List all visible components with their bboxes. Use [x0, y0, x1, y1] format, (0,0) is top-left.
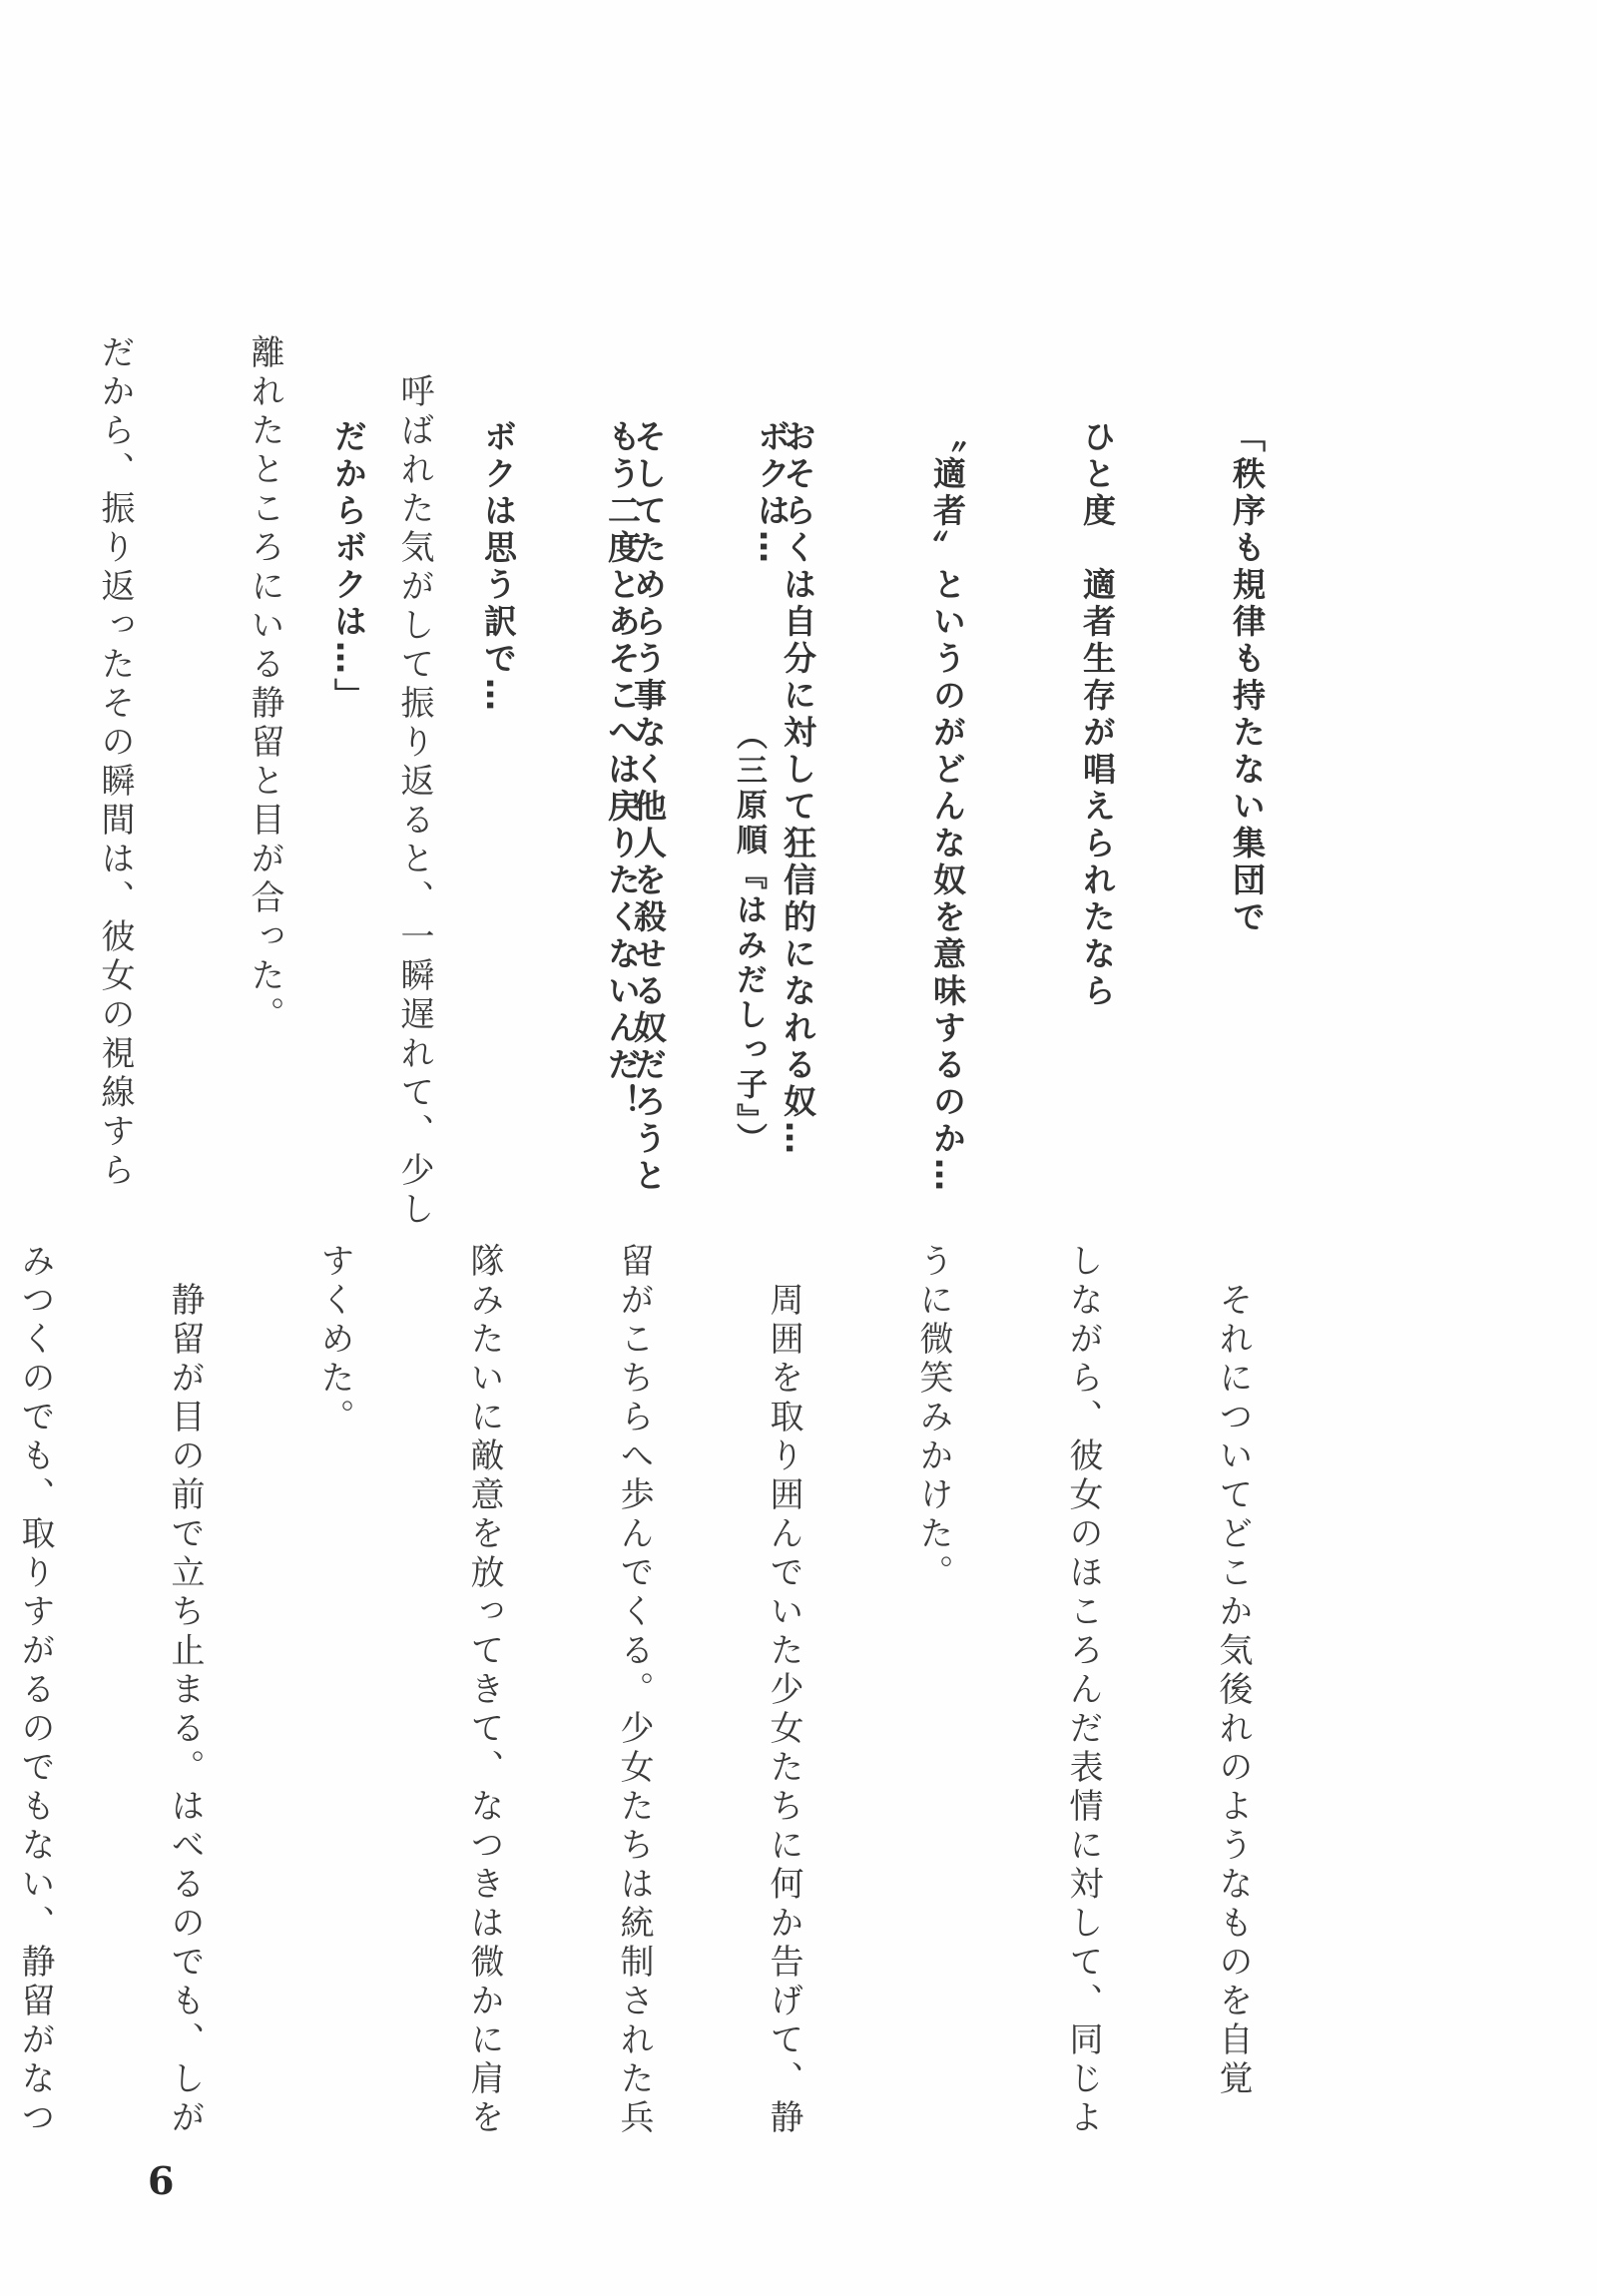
prose-line: 隊みたいに敵意を放ってきて、なつきは微かに肩を: [459, 1243, 509, 2138]
epigraph-line: ひと度 適者生存が唱えられたなら: [1072, 419, 1122, 1195]
prose-lower-block: それについてどこか気後れのようなものを自覚 しながら、彼女のほころんだ表情に対し…: [0, 1243, 1357, 2138]
epigraph-line: 「秩序も規律も持たない集団で: [1222, 419, 1272, 1195]
prose-line: みつくのでも、取りすがるのでもない、静留がなつ: [10, 1243, 60, 2138]
prose-line: うに微笑みかけた。: [908, 1243, 958, 2138]
prose-line: それについてどこか気後れのようなものを自覚: [1208, 1243, 1258, 2138]
book-page: 「秩序も規律も持たない集団で ひと度 適者生存が唱えられたなら 〝適者〟というの…: [0, 0, 1597, 2296]
prose-line: 静留が目の前で立ち止まる。はべるのでも、しが: [160, 1243, 210, 2138]
prose-upper-block: 呼ばれた気がして振り返ると、一瞬遅れて、少し 離れたところにいる静留と目が合った…: [0, 334, 539, 1269]
prose-line: だから、振り返ったその瞬間は、彼女の視線すら: [90, 334, 140, 1269]
epigraph-citation: （三原順『はみだしっ子』）: [624, 719, 873, 1158]
citation-text: （三原順『はみだしっ子』）: [724, 719, 774, 1158]
prose-line: しながら、彼女のほころんだ表情に対して、同じよ: [1058, 1243, 1108, 2138]
prose-line: 留がこちらへ歩んでくる。少女たちは統制された兵: [609, 1243, 659, 2138]
prose-line: 呼ばれた気がして振り返ると、一瞬遅れて、少し: [389, 334, 439, 1269]
prose-line: 周囲を取り囲んでいた少女たちに何か告げて、静: [759, 1243, 808, 2138]
page-number: 6: [148, 2158, 174, 2203]
prose-line: 離れたところにいる静留と目が合った。: [240, 334, 289, 1269]
prose-line: すくめた。: [309, 1243, 359, 2138]
